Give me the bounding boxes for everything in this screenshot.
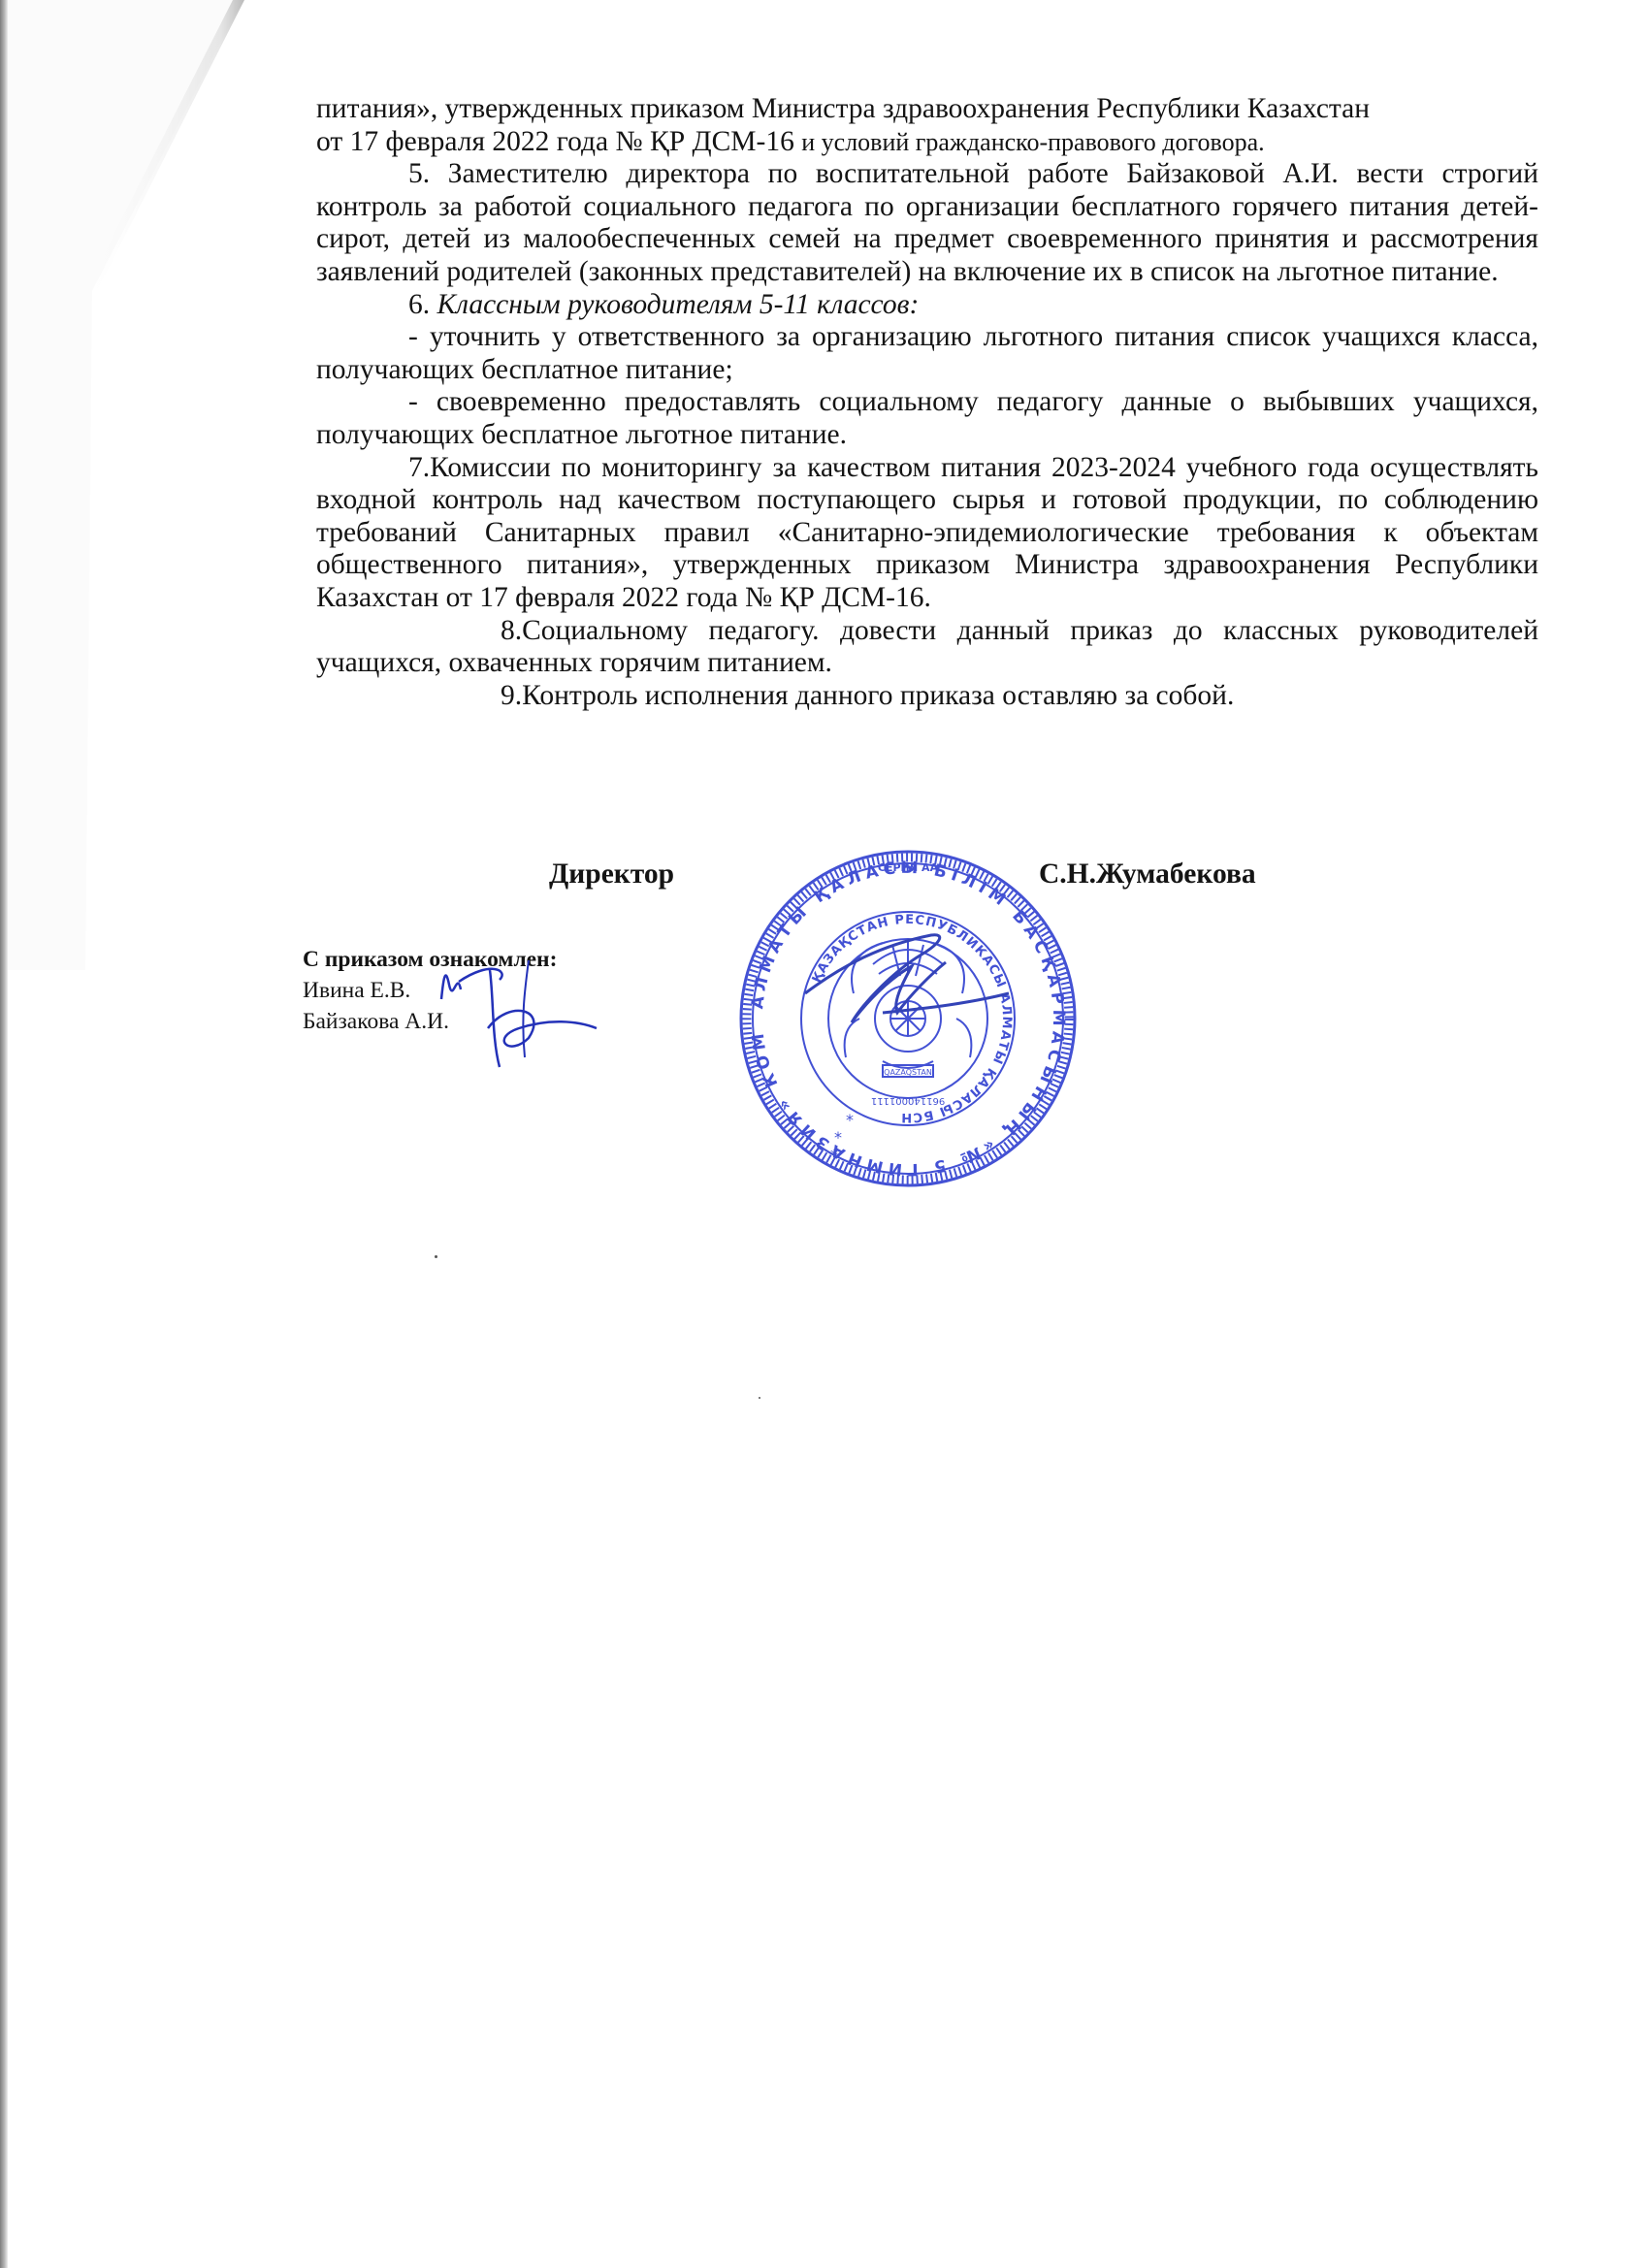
acknowledgement-signatures <box>432 960 606 1077</box>
official-stamp: АЛМАТЫ ҚАЛАСЫ БІЛІМ БАСҚАРМАСЫНЫҢ «№ 5 Г… <box>737 848 1079 1189</box>
scan-speck <box>759 1397 760 1399</box>
director-title: Директор <box>549 859 674 891</box>
svg-text:*: * <box>830 1146 838 1164</box>
scan-edge-shadow <box>0 0 8 2268</box>
svg-text:*: * <box>834 1128 842 1147</box>
stamp-emblem-label: QAZAQSTAN <box>884 1068 932 1077</box>
scan-speck <box>435 1255 437 1258</box>
stamp-bin: 961140001111 <box>871 1095 945 1106</box>
svg-text:*: * <box>846 1111 854 1129</box>
stamp-series: СЕРИЯ АА <box>878 861 939 874</box>
paper-fold-shadow <box>0 0 252 970</box>
